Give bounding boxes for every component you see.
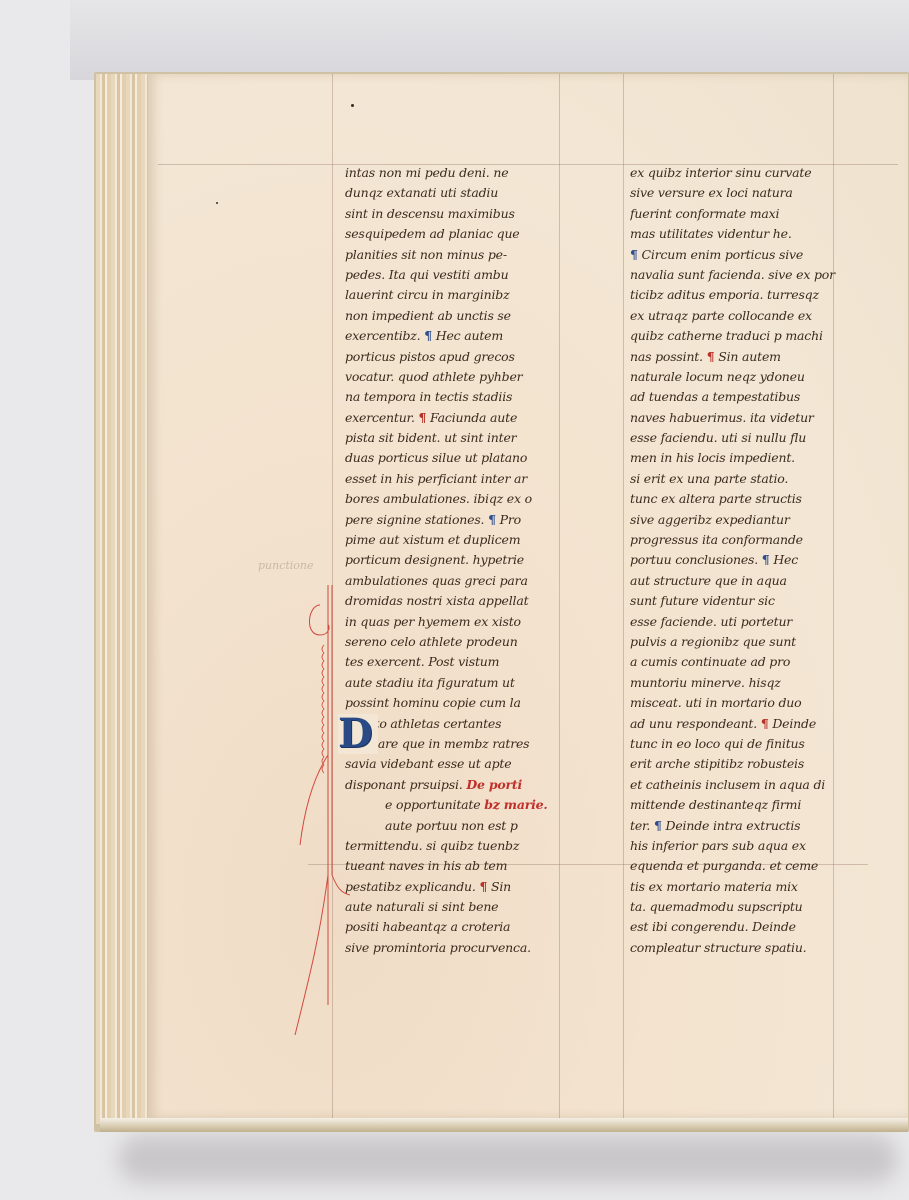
text-line: possint hominu copie cum la [345,693,575,713]
pilcrow-blue-icon: ¶ [762,552,770,567]
text-line: pime aut xistum et duplicem [345,530,575,550]
line-text: ad unu respondeant. [630,716,757,731]
text-line: pestatibz explicandu. ¶ Sin [345,877,575,897]
text-line: men in his locis impedient. [630,448,860,468]
pilcrow-red-icon: ¶ [761,716,769,731]
line-text: portuu conclusiones. [630,552,758,567]
text-line: duas porticus silue ut platano [345,448,575,468]
text-line: savia videbant esse ut apte [345,754,575,774]
text-line: ter. ¶ Deinde intra extructis [630,816,860,836]
text-line: compleatur structure spatiu. [630,938,860,958]
pilcrow-blue-icon: ¶ [630,247,638,262]
text-line: esset in his perficiant inter ar [345,469,575,489]
line-text: Deinde [772,716,816,731]
text-line: ad tuendas a tempestatibus [630,387,860,407]
line-text: Deinde intra extructis [666,818,801,833]
pilcrow-red-icon: ¶ [419,410,427,425]
text-line: a cumis continuate ad pro [630,652,860,672]
text-line: quibz catherne traduci p machi [630,326,860,346]
text-line: esse faciende. uti portetur [630,612,860,632]
text-line: spectare que in membz ratres [345,734,575,754]
rubric-heading: De porti [466,777,522,792]
line-text: pere signine stationes. [345,512,484,527]
text-line: fuerint conformate maxi [630,204,860,224]
text-line: exercentur. ¶ Faciunda aute [345,408,575,428]
line-text: exercentur. [345,410,415,425]
text-line: muntoriu minerve. hisqz [630,673,860,693]
text-line: ¶ Circum enim porticus sive [630,245,860,265]
text-line: ticibz aditus emporia. turresqz [630,285,860,305]
text-line: porticum designent. hypetrie [345,550,575,570]
text-line: positi habeantqz a croteria [345,917,575,937]
text-line: sint in descensu maximibus [345,204,575,224]
line-text: ter. [630,818,650,833]
text-line: in quas per hyemem ex xisto [345,612,575,632]
text-line: sive versure ex loci natura [630,183,860,203]
text-line: sive aggeribz expediantur [630,510,860,530]
pilcrow-blue-icon: ¶ [488,512,496,527]
text-line: intas non mi pedu deni. ne [345,163,575,183]
page-bottom-edge [100,1118,908,1132]
text-line: exercentibz. ¶ Hec autem [345,326,575,346]
line-text: Hec autem [436,328,503,343]
text-line: tueant naves in his ab tem [345,856,575,876]
text-line: portuu conclusiones. ¶ Hec [630,550,860,570]
text-line: aute portuu non est p [345,816,575,836]
line-text: Faciunda aute [430,410,517,425]
pilcrow-blue-icon: ¶ [424,328,432,343]
text-line: sereno celo athlete prodeun [345,632,575,652]
text-line: sunt future videntur sic [630,591,860,611]
line-text: Hec [773,552,798,567]
text-line: progressus ita conformande [630,530,860,550]
text-line: ad unu respondeant. ¶ Deinde [630,714,860,734]
text-line: non impedient ab unctis se [345,306,575,326]
text-line: aute naturali si sint bene [345,897,575,917]
text-line: na tempora in tectis stadiis [345,387,575,407]
text-line: pedes. Ita qui vestiti ambu [345,265,575,285]
text-line: dunqz extanati uti stadiu [345,183,575,203]
text-line: mas utilitates videntur he. [630,224,860,244]
ink-speck [216,202,218,204]
pilcrow-red-icon: ¶ [479,879,487,894]
text-line: e opportunitate bz marie. [345,795,575,815]
text-line: sive promintoria procurvenca. [345,938,575,958]
text-line: tes exercent. Post vistum [345,652,575,672]
text-line: est ibi congerendu. Deinde [630,917,860,937]
ruling-right-outer [623,74,624,1118]
line-text: Circum enim porticus sive [642,247,804,262]
text-line: planities sit non minus pe- [345,245,575,265]
text-line: tis ex mortario materia mix [630,877,860,897]
text-line: tunc in eo loco qui de finitus [630,734,860,754]
pen-flourish-decoration [290,575,350,1035]
page-fore-edge [96,74,148,1124]
text-line: equenda et purganda. et ceme [630,856,860,876]
text-line: naves habuerimus. ita videtur [630,408,860,428]
text-line: his inferior pars sub aqua ex [630,836,860,856]
text-line: ximeto athletas certantes [345,714,575,734]
text-column-right: ex quibz interior sinu curvate sive vers… [630,163,860,958]
line-text: Pro [500,512,521,527]
text-line: aute stadiu ita figuratum ut [345,673,575,693]
text-line: porticus pistos apud grecos [345,347,575,367]
book-shadow [118,1135,898,1183]
text-line: aut structure que in aqua [630,571,860,591]
text-line: ta. quemadmodu supscriptu [630,897,860,917]
marginal-note: punctione [258,559,314,572]
text-line: pere signine stationes. ¶ Pro [345,510,575,530]
text-line: erit arche stipitibz robusteis [630,754,860,774]
text-line: et catheinis inclusem in aqua di [630,775,860,795]
text-line: si erit ex una parte statio. [630,469,860,489]
pilcrow-blue-icon: ¶ [654,818,662,833]
text-line: ex utraqz parte collocande ex [630,306,860,326]
text-line: esse faciendu. uti si nullu flu [630,428,860,448]
line-text: nas possint. [630,349,703,364]
text-line: bores ambulationes. ibiqz ex o [345,489,575,509]
text-line: sesquipedem ad planiac que [345,224,575,244]
photo-backdrop-top [70,0,909,80]
text-line: disponant prsuipsi. De porti [345,775,575,795]
text-line: pista sit bident. ut sint inter [345,428,575,448]
text-line: dromidas nostri xista appellat [345,591,575,611]
rubric-heading: bz marie. [484,797,547,812]
line-text: disponant prsuipsi. [345,777,463,792]
text-line: nas possint. ¶ Sin autem [630,347,860,367]
line-text: Sin [491,879,511,894]
line-text: Sin autem [718,349,781,364]
line-text: e opportunitate [385,797,480,812]
line-text: pestatibz explicandu. [345,879,476,894]
text-line: ambulationes quas greci para [345,571,575,591]
text-line: vocatur. quod athlete pyhber [345,367,575,387]
text-line: pulvis a regionibz que sunt [630,632,860,652]
text-column-left: intas non mi pedu deni. ne dunqz extanat… [345,163,575,958]
line-text: exercentibz. [345,328,420,343]
text-line: termittendu. si quibz tuenbz [345,836,575,856]
pilcrow-red-icon: ¶ [707,349,715,364]
text-line: navalia sunt facienda. sive ex por [630,265,860,285]
text-line: misceat. uti in mortario duo [630,693,860,713]
text-line: lauerint circu in marginibz [345,285,575,305]
text-line: mittende destinanteqz firmi [630,795,860,815]
text-line: ex quibz interior sinu curvate [630,163,860,183]
text-line: tunc ex altera parte structis [630,489,860,509]
text-line: naturale locum neqz ydoneu [630,367,860,387]
ink-speck [351,104,354,107]
